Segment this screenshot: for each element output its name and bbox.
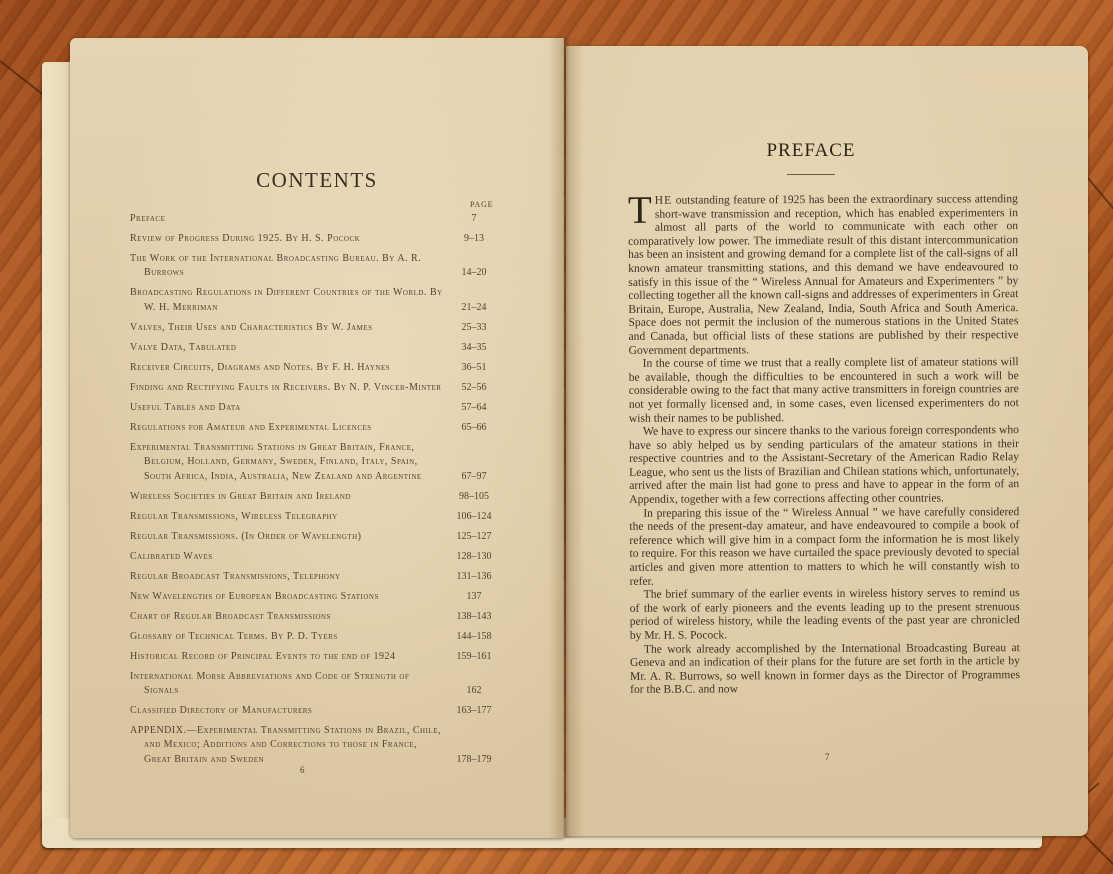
toc-entry-page: 106–124: [450, 510, 498, 524]
toc-entry-page: 162: [450, 684, 498, 698]
toc-entry: Glossary of Technical Terms. By P. D. Ty…: [130, 630, 498, 644]
toc-entry: Wireless Societies in Great Britain and …: [130, 490, 498, 504]
toc-entry-title: Regular Broadcast Transmissions, Telepho…: [130, 570, 498, 584]
toc-entry: Broadcasting Regulations in Different Co…: [130, 286, 498, 315]
toc-entry-page: 57–64: [450, 401, 498, 415]
preface-body: THE outstanding feature of 1925 has been…: [628, 192, 1020, 697]
toc-entry: Chart of Regular Broadcast Transmissions…: [130, 610, 498, 624]
toc-entry-title: Chart of Regular Broadcast Transmissions: [130, 610, 498, 624]
toc-entry-title: Regular Transmissions, Wireless Telegrap…: [130, 510, 498, 524]
toc-entry-page: 137: [450, 590, 498, 604]
toc-entry: Regular Transmissions, Wireless Telegrap…: [130, 510, 498, 524]
toc-entry-title: New Wavelengths of European Broadcasting…: [130, 590, 498, 604]
toc-entry: Useful Tables and Data57–64: [130, 401, 498, 415]
toc-entry-page: 14–20: [450, 266, 498, 280]
preface-paragraph: In the course of time we trust that a re…: [629, 355, 1019, 425]
toc-entry-title: Historical Record of Principal Events to…: [130, 650, 498, 664]
toc-entry: The Work of the International Broadcasti…: [130, 252, 498, 281]
lead-caps: HE: [655, 194, 673, 207]
toc-entry-page: 52–56: [450, 381, 498, 395]
toc-entry-title: The Work of the International Broadcasti…: [130, 252, 498, 281]
toc-entry-title: Classified Directory of Manufacturers: [130, 704, 498, 718]
toc-entry-title: Broadcasting Regulations in Different Co…: [130, 286, 498, 315]
toc-entry-title: Review of Progress During 1925. By H. S.…: [130, 232, 498, 246]
paragraph-text: outstanding feature of 1925 has been the…: [628, 192, 1018, 356]
toc-entry-page: 67–97: [450, 470, 498, 484]
right-page-number: 7: [825, 752, 830, 762]
toc-entry-title: Receiver Circuits, Diagrams and Notes. B…: [130, 361, 498, 375]
preface-paragraph: The brief summary of the earlier events …: [630, 586, 1020, 642]
toc-entry-title: Glossary of Technical Terms. By P. D. Ty…: [130, 630, 498, 644]
toc-entry-page: 178–179: [450, 753, 498, 767]
toc-entry: Review of Progress During 1925. By H. S.…: [130, 232, 498, 246]
toc-entry-page: 125–127: [450, 530, 498, 544]
toc-entry-page: 7: [450, 212, 498, 226]
toc-entry: Receiver Circuits, Diagrams and Notes. B…: [130, 361, 498, 375]
page-column-header: PAGE: [470, 200, 493, 209]
toc-entry: Historical Record of Principal Events to…: [130, 650, 498, 664]
preface-paragraph: THE outstanding feature of 1925 has been…: [628, 192, 1019, 357]
toc-entry-page: 9–13: [450, 232, 498, 246]
toc-entry-page: 138–143: [450, 610, 498, 624]
toc-entry-page: 36–51: [450, 361, 498, 375]
toc-entry-page: 163–177: [450, 704, 498, 718]
toc-entry-page: 159–161: [450, 650, 498, 664]
toc-entry: Valve Data, Tabulated34–35: [130, 341, 498, 355]
toc-entry-title: Regulations for Amateur and Experimental…: [130, 421, 498, 435]
toc-entry: International Morse Abbreviations and Co…: [130, 670, 498, 699]
toc-entry-page: 25–33: [450, 321, 498, 335]
table-of-contents: Preface7Review of Progress During 1925. …: [130, 212, 498, 773]
toc-entry-page: 144–158: [450, 630, 498, 644]
toc-entry-page: 65–66: [450, 421, 498, 435]
toc-entry: Finding and Rectifying Faults in Receive…: [130, 381, 498, 395]
toc-entry-title: International Morse Abbreviations and Co…: [130, 670, 498, 699]
toc-entry: Preface7: [130, 212, 498, 226]
toc-entry-title: Regular Transmissions. (In Order of Wave…: [130, 530, 498, 544]
toc-entry-title: Useful Tables and Data: [130, 401, 498, 415]
toc-entry-title: Wireless Societies in Great Britain and …: [130, 490, 498, 504]
toc-entry-page: 34–35: [450, 341, 498, 355]
toc-entry-title: Finding and Rectifying Faults in Receive…: [130, 381, 498, 395]
toc-entry-title: Calibrated Waves: [130, 550, 498, 564]
toc-entry-page: 131–136: [450, 570, 498, 584]
toc-entry: New Wavelengths of European Broadcasting…: [130, 590, 498, 604]
toc-entry-page: 98–105: [450, 490, 498, 504]
toc-entry: Regular Transmissions. (In Order of Wave…: [130, 530, 498, 544]
contents-heading: CONTENTS: [70, 168, 564, 193]
toc-entry-title: Experimental Transmitting Stations in Gr…: [130, 441, 498, 484]
toc-entry-title: Valve Data, Tabulated: [130, 341, 498, 355]
left-page-number: 6: [300, 765, 305, 775]
toc-entry: APPENDIX.—Experimental Transmitting Stat…: [130, 724, 498, 767]
toc-entry: Experimental Transmitting Stations in Gr…: [130, 441, 498, 484]
toc-entry-page: 21–24: [450, 301, 498, 315]
toc-entry: Calibrated Waves128–130: [130, 550, 498, 564]
toc-entry-page: 128–130: [450, 550, 498, 564]
heading-rule: [787, 174, 835, 175]
toc-entry-title: APPENDIX.—Experimental Transmitting Stat…: [130, 724, 498, 767]
drop-cap: T: [628, 196, 652, 226]
preface-paragraph: We have to express our sincere thanks to…: [629, 423, 1019, 506]
toc-entry: Regulations for Amateur and Experimental…: [130, 421, 498, 435]
toc-entry-title: Preface: [130, 212, 498, 226]
toc-entry: Valves, Their Uses and Characteristics B…: [130, 321, 498, 335]
preface-paragraph: In preparing this issue of the “ Wireles…: [629, 505, 1019, 588]
toc-entry-title: Valves, Their Uses and Characteristics B…: [130, 321, 498, 335]
floor-seam: [1079, 830, 1113, 874]
toc-entry: Regular Broadcast Transmissions, Telepho…: [130, 570, 498, 584]
preface-heading: PREFACE: [566, 140, 1056, 162]
toc-entry: Classified Directory of Manufacturers163…: [130, 704, 498, 718]
preface-paragraph: The work already accomplished by the Int…: [630, 641, 1020, 697]
